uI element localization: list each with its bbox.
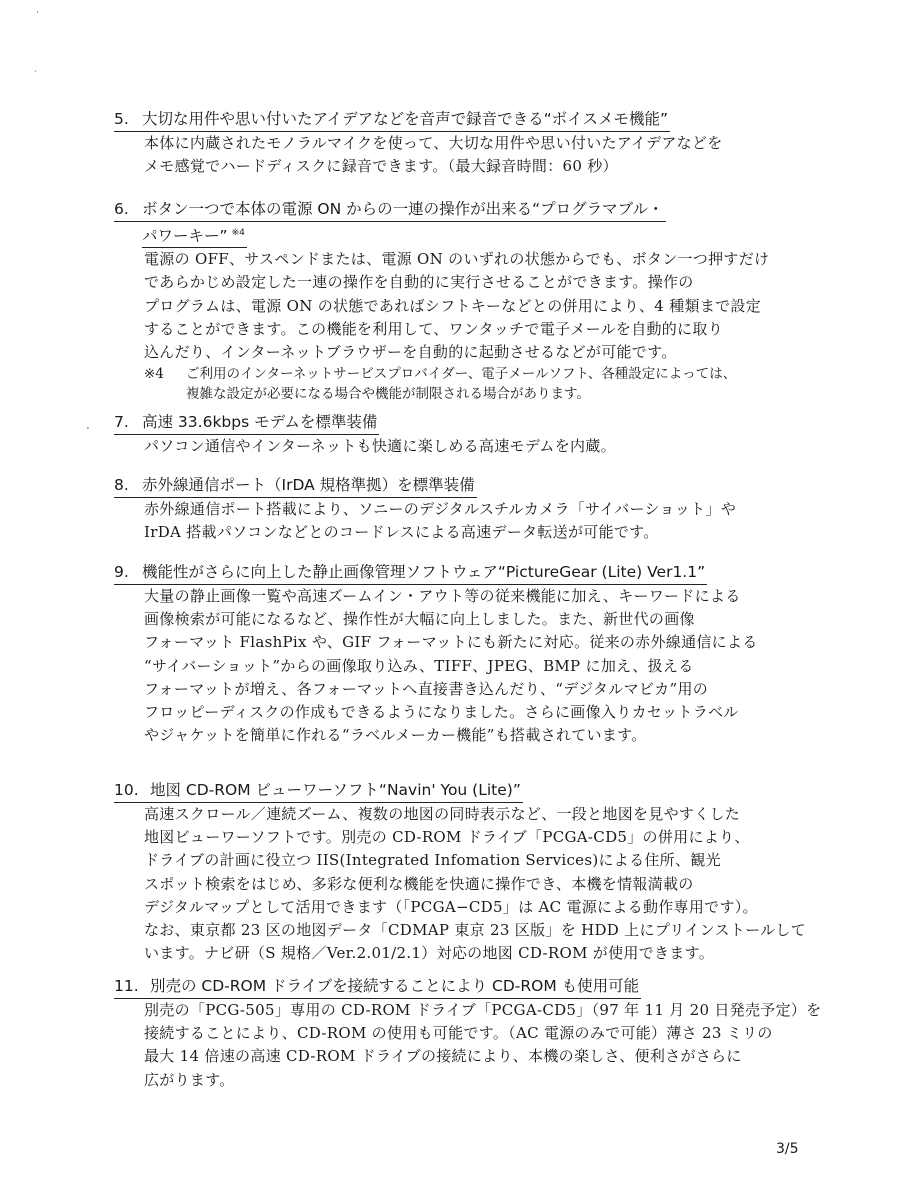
scan-speck: · [36, 8, 39, 18]
section-7: 7.高速 33.6kbps モデムを標準装備 パソコン通信やインターネットも快適… [114, 411, 814, 458]
body-line: フォーマットが増え、各フォーマットへ直接書き込んだり、“デジタルマビカ”用の [144, 678, 814, 701]
section-title: 別売の CD-ROM ドライブを接続することにより CD-ROM も使用可能 [150, 977, 639, 995]
body-line: “サイバーショット”からの画像取り込み、TIFF、JPEG、BMP に加え、扱え… [144, 655, 814, 678]
scan-speck: . [86, 418, 90, 432]
footnote-line: 複雑な設定が必要になる場合や機能が制限される場合があります。 [186, 384, 814, 404]
section-title: 赤外線通信ポート（IrDA 規格準拠）を標準装備 [142, 476, 475, 494]
section-number: 11. [114, 975, 150, 998]
section-number: 6. [114, 198, 142, 221]
section-heading: 10.地図 CD-ROM ビューワーソフト“Navin' You (Lite)” [114, 779, 523, 803]
section-heading: 11.別売の CD-ROM ドライブを接続することにより CD-ROM も使用可… [114, 975, 641, 999]
body-line: います。ナビ研（S 規格／Ver.2.01/2.1）対応の地図 CD-ROM が… [144, 942, 814, 965]
section-heading: 6.ボタン一つで本体の電源 ON からの一連の操作が出来る“プログラマブル・ [114, 198, 666, 222]
body-line: プログラムは、電源 ON の状態であればシフトキーなどとの併用により、4 種類ま… [144, 295, 814, 318]
section-title: ボタン一つで本体の電源 ON からの一連の操作が出来る“プログラマブル・ [142, 200, 664, 218]
section-number: 5. [114, 108, 142, 131]
page-number: 3/5 [776, 1141, 799, 1157]
body-line: 赤外線通信ポート搭載により、ソニーのデジタルスチルカメラ「サイバーショット」や [144, 498, 814, 521]
scan-speck: ˏ [34, 62, 37, 73]
section-11: 11.別売の CD-ROM ドライブを接続することにより CD-ROM も使用可… [114, 975, 814, 1092]
body-line: やジャケットを簡単に作れる“ラベルメーカー機能”も搭載されています。 [144, 724, 814, 747]
section-title: 地図 CD-ROM ビューワーソフト“Navin' You (Lite)” [150, 781, 521, 799]
section-title-cont: パワーキー” [142, 227, 228, 245]
body-line: 画像検索が可能になるなど、操作性が大幅に向上しました。また、新世代の画像 [144, 608, 814, 631]
section-number: 8. [114, 474, 142, 497]
section-9: 9.機能性がさらに向上した静止画像管理ソフトウェア“PictureGear (L… [114, 561, 814, 747]
body-line: することができます。この機能を利用して、ワンタッチで電子メールを自動的に取り [144, 318, 814, 341]
section-title: 大切な用件や思い付いたアイデアなどを音声で録音できる“ボイスメモ機能” [142, 110, 668, 128]
body-line: なお、東京都 23 区の地図データ「CDMAP 東京 23 区版」を HDD 上… [144, 919, 814, 942]
body-line: デジタルマップとして活用できます（「PCGA−CD5」は AC 電源による動作専… [144, 896, 814, 919]
body-line: 最大 14 倍速の高速 CD-ROM ドライブの接続により、本機の楽しさ、便利さ… [144, 1045, 814, 1068]
body-line: フォーマット FlashPix や、GIF フォーマットにも新たに対応。従来の赤… [144, 631, 814, 654]
section-title: 機能性がさらに向上した静止画像管理ソフトウェア“PictureGear (Lit… [142, 563, 705, 581]
body-line: 地図ビューワーソフトです。別売の CD-ROM ドライブ「PCGA-CD5」の併… [144, 826, 814, 849]
body-line: フロッピーディスクの作成もできるようになりました。さらに画像入りカセットラベル [144, 701, 814, 724]
body-line: であらかじめ設定した一連の操作を自動的に実行させることができます。操作の [144, 271, 814, 294]
body-line: IrDA 搭載パソコンなどとのコードレスによる高速データ転送が可能です。 [144, 521, 814, 544]
document-page: · ˏ 5.大切な用件や思い付いたアイデアなどを音声で録音できる“ボイスメモ機能… [0, 0, 900, 1200]
section-5: 5.大切な用件や思い付いたアイデアなどを音声で録音できる“ボイスメモ機能” 本体… [114, 108, 814, 178]
section-number: 10. [114, 779, 150, 802]
footnote-mark: ※4 [144, 364, 186, 384]
section-10: 10.地図 CD-ROM ビューワーソフト“Navin' You (Lite)”… [114, 779, 814, 965]
section-8: 8.赤外線通信ポート（IrDA 規格準拠）を標準装備 赤外線通信ポート搭載により… [114, 474, 814, 544]
body-line: ドライブの計画に役立つ IIS(Integrated Infomation Se… [144, 849, 814, 872]
section-heading-continued: パワーキー”※4 [142, 222, 247, 248]
body-line: メモ感覚でハードディスクに録音できます。（最大録音時間：60 秒） [144, 155, 814, 178]
section-title: 高速 33.6kbps モデムを標準装備 [142, 413, 377, 431]
section-heading: 9.機能性がさらに向上した静止画像管理ソフトウェア“PictureGear (L… [114, 561, 707, 585]
body-line: 別売の「PCG-505」専用の CD-ROM ドライブ「PCGA-CD5」（97… [144, 999, 814, 1022]
section-number: 7. [114, 411, 142, 434]
section-heading: 8.赤外線通信ポート（IrDA 規格準拠）を標準装備 [114, 474, 477, 498]
body-line: スポット検索をはじめ、多彩な便利な機能を快適に操作でき、本機を情報満載の [144, 873, 814, 896]
section-heading: 7.高速 33.6kbps モデムを標準装備 [114, 411, 379, 435]
footnote-ref: ※4 [232, 228, 245, 238]
body-line: 広がります。 [144, 1069, 814, 1092]
section-6: 6.ボタン一つで本体の電源 ON からの一連の操作が出来る“プログラマブル・ パ… [114, 198, 814, 404]
body-line: 大量の静止画像一覧や高速ズームイン・アウト等の従来機能に加え、キーワードによる [144, 585, 814, 608]
body-line: 高速スクロール／連続ズーム、複数の地図の同時表示など、一段と地図を見やすくした [144, 803, 814, 826]
body-line: 込んだり、インターネットブラウザーを自動的に起動させるなどが可能です。 [144, 341, 814, 364]
footnote-line: ※4ご利用のインターネットサービスプロバイダー、電子メールソフト、各種設定によっ… [144, 364, 814, 384]
section-number: 9. [114, 561, 142, 584]
section-heading: 5.大切な用件や思い付いたアイデアなどを音声で録音できる“ボイスメモ機能” [114, 108, 670, 132]
body-line: パソコン通信やインターネットも快適に楽しめる高速モデムを内蔵。 [144, 435, 814, 458]
body-line: 本体に内蔵されたモノラルマイクを使って、大切な用件や思い付いたアイデアなどを [144, 132, 814, 155]
body-line: 電源の OFF、サスペンドまたは、電源 ON のいずれの状態からでも、ボタン一つ… [144, 248, 814, 271]
footnote-text: ご利用のインターネットサービスプロバイダー、電子メールソフト、各種設定によっては… [186, 366, 736, 382]
body-line: 接続することにより、CD-ROM の使用も可能です。（AC 電源のみで可能）薄さ… [144, 1022, 814, 1045]
